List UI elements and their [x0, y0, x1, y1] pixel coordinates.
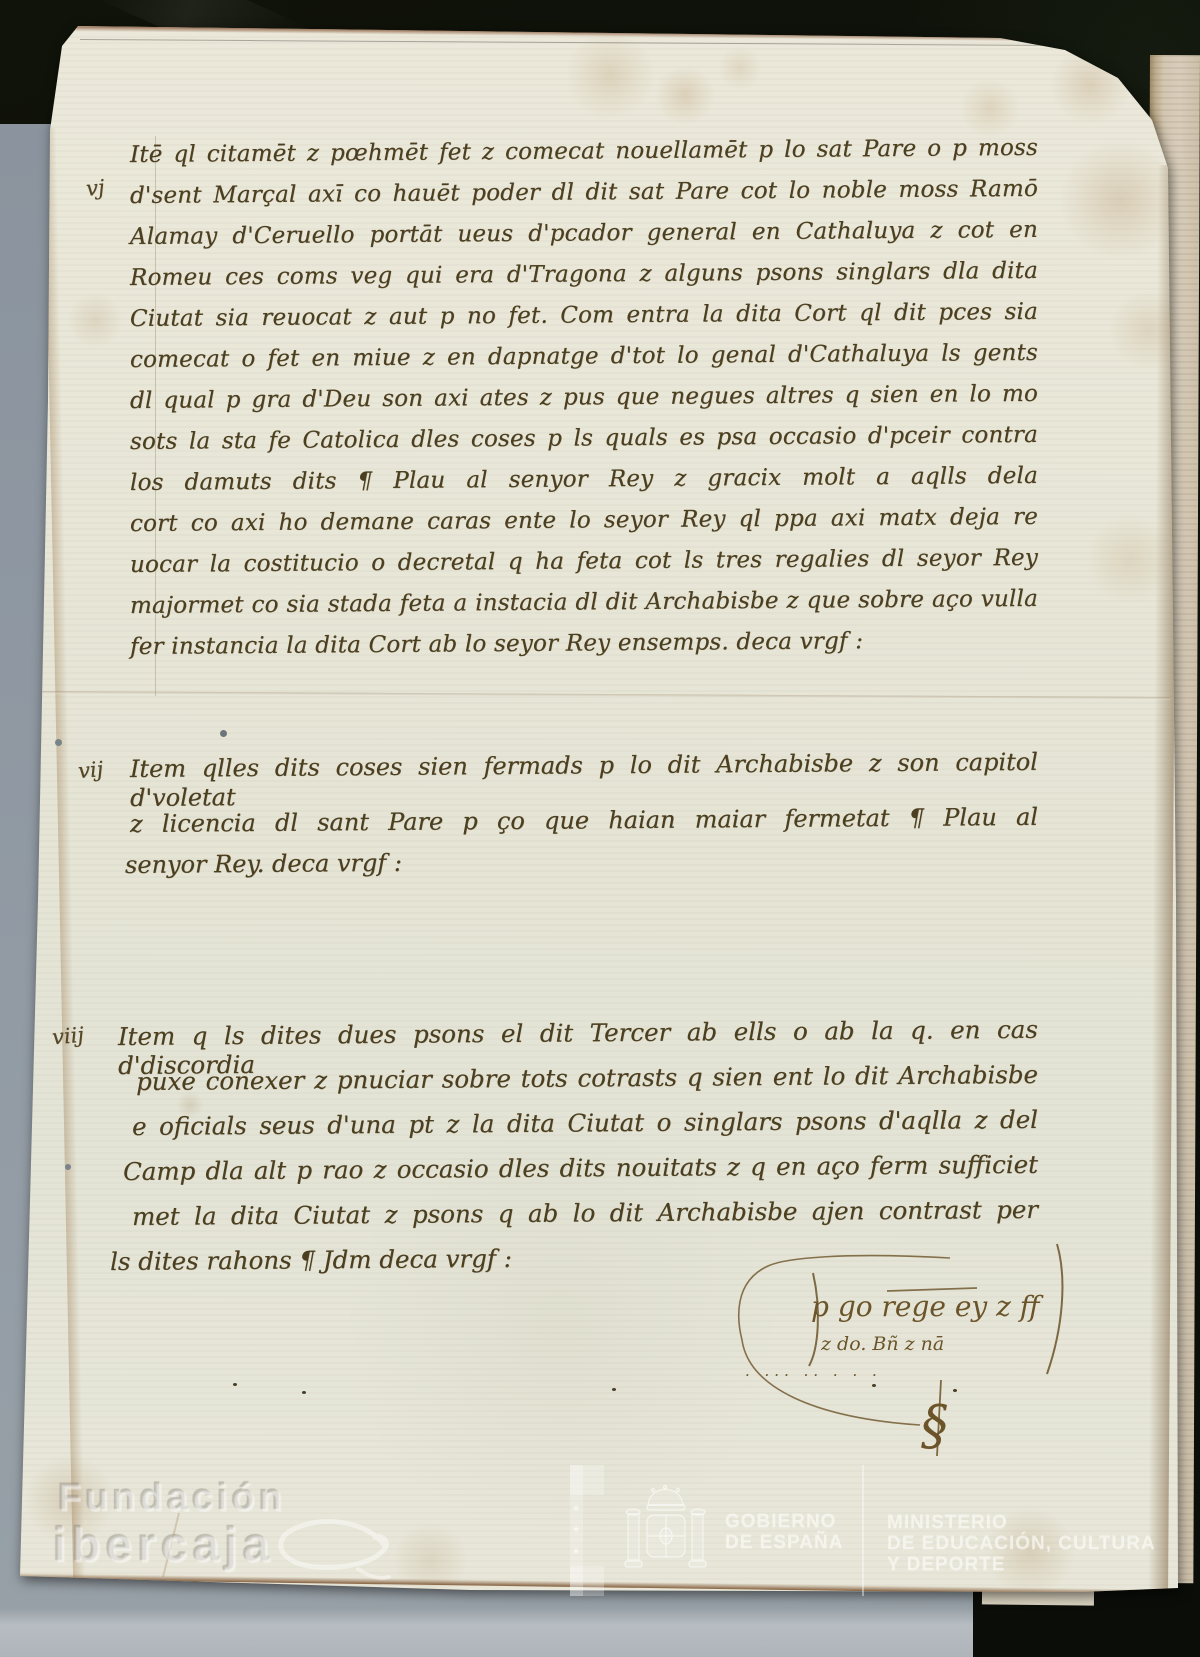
watermark-divider	[862, 1465, 864, 1596]
ibercaja-watermark-line1: Fundación	[58, 1477, 286, 1520]
ibercaja-bird-icon	[270, 1505, 395, 1587]
manuscript-page: vj vij viij Itē ql citamēt z pœhmēt fet …	[0, 0, 1200, 1657]
manuscript-line: z licencia dl sant Pare p ço que haian m…	[130, 803, 1038, 839]
margin-numeral: vij	[77, 757, 104, 783]
spain-coat-of-arms-icon	[623, 1483, 708, 1577]
ink-speck	[233, 1383, 237, 1386]
manuscript-line: sots la sta fe Catolica dles coses p ls …	[130, 422, 1038, 457]
manuscript-line: Item qlles dits coses sien fermads p lo …	[130, 748, 1038, 813]
signature-line-1: p go rege ey z ff	[811, 1290, 1044, 1323]
manuscript-photograph: vj vij viij Itē ql citamēt z pœhmēt fet …	[0, 0, 1200, 1657]
page-left-edge	[44, 128, 85, 1580]
signature-tail-flourish	[1047, 1244, 1062, 1374]
manuscript-line: Ciutat sia reuocat z aut p no fet. Com e…	[130, 299, 1038, 334]
gobierno-line1: GOBIERNO	[725, 1511, 843, 1532]
star-icon: ★	[572, 1547, 580, 1557]
horizontal-fold-crease	[40, 691, 1170, 700]
manuscript-line: uocar la costitucio o decretal q ha feta…	[130, 545, 1038, 580]
manuscript-line: Itē ql citamēt z pœhmēt fet z comecat no…	[130, 135, 1038, 170]
gobierno-watermark: GOBIERNO DE ESPAÑA	[725, 1511, 843, 1553]
manuscript-line: Camp dla alt p rao z occasio dles dits n…	[123, 1150, 1038, 1187]
notarial-signature-block: p go rege ey z ff z do. Bñ z nā · ··· ··…	[725, 1238, 1075, 1473]
ibercaja-watermark-line2: ibercaja	[53, 1518, 274, 1573]
ministerio-line3: Y DEPORTE	[887, 1554, 1156, 1575]
manuscript-line: majormet co sia stada feta a instacia dl…	[130, 586, 1038, 621]
manuscript-line: Romeu ces coms veg qui era d'Tragona z a…	[130, 258, 1038, 293]
flag-bracket-icon	[570, 1566, 604, 1596]
manuscript-line: fer instancia la dita Cort ab lo seyor R…	[130, 627, 1038, 662]
ministerio-line2: DE EDUCACIÓN, CULTURA	[887, 1533, 1156, 1554]
margin-numeral: viij	[51, 1023, 85, 1050]
ministerio-line1: MINISTERIO	[887, 1512, 1156, 1533]
paper-hole	[220, 730, 227, 737]
ink-speck	[302, 1391, 306, 1394]
paper-hole	[65, 1164, 71, 1170]
paper-hole	[55, 739, 62, 746]
manuscript-line: comecat o fet en miue z en dapnatge d'to…	[130, 340, 1038, 375]
gobierno-line2: DE ESPAÑA	[725, 1532, 843, 1553]
paraph-sign: §	[921, 1394, 948, 1457]
ink-speck	[612, 1388, 616, 1391]
manuscript-line: puxe conexer z pnuciar sobre tots cotras…	[136, 1060, 1038, 1096]
manuscript-line: e oficials seus d'una pt z la dita Ciuta…	[132, 1105, 1038, 1142]
star-icon: ★	[572, 1525, 580, 1535]
signature-line-2: z do. Bñ z nā	[820, 1333, 944, 1355]
manuscript-line: los damuts dits ¶ Plau al senyor Rey z g…	[130, 463, 1038, 498]
page-wrapper: vj vij viij Itē ql citamēt z pœhmēt fet …	[0, 0, 1200, 1657]
manuscript-line: Alamay d'Ceruello portāt ueus d'pcador g…	[130, 217, 1038, 252]
manuscript-line: dl qual p gra d'Deu son axi ates z pus q…	[130, 381, 1038, 416]
signature-dotted-row: · ··· ·· · · ·	[745, 1366, 882, 1384]
manuscript-line: cort co axi ho demane caras ente lo seyo…	[130, 504, 1038, 539]
star-icon: ★	[572, 1504, 580, 1514]
ministerio-watermark: MINISTERIO DE EDUCACIÓN, CULTURA Y DEPOR…	[887, 1512, 1156, 1575]
margin-numeral: vj	[85, 175, 105, 201]
page-right-edge	[1148, 165, 1178, 1590]
manuscript-line: d'sent Marçal axī co hauēt poder dl dit …	[130, 176, 1038, 211]
manuscript-line: met la dita Ciutat z psons q ab lo dit A…	[132, 1195, 1038, 1232]
manuscript-line: senyor Rey. deca vrgf :	[125, 844, 1033, 880]
